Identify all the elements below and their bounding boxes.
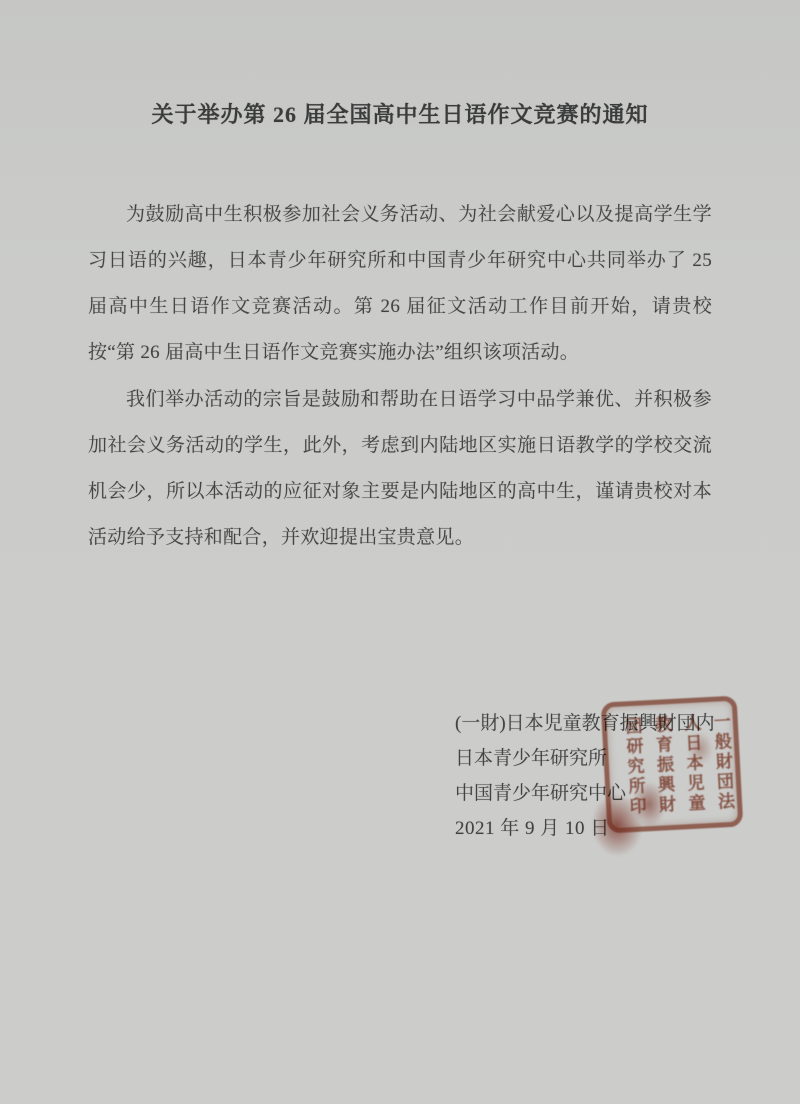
- document-title: 关于举办第 26 届全国高中生日语作文竞赛的通知: [0, 98, 800, 129]
- paragraph-2: 我们举办活动的宗旨是鼓励和帮助在日语学习中品学兼优、并积极参加社会义务活动的学生…: [88, 377, 712, 561]
- seal-text: 一般財団法 人日本児童 教育振興財 団研究所印: [610, 705, 734, 824]
- document-page: 关于举办第 26 届全国高中生日语作文竞赛的通知 为鼓励高中生积极参加社会义务活…: [0, 0, 800, 1104]
- organization-seal: 一般財団法 人日本児童 教育振興財 団研究所印: [601, 696, 744, 834]
- seal-text-column: 一般財団法: [699, 711, 734, 812]
- paragraph-1: 为鼓励高中生积极参加社会义务活动、为社会献爱心以及提高学生学习日语的兴趣，日本青…: [88, 192, 712, 376]
